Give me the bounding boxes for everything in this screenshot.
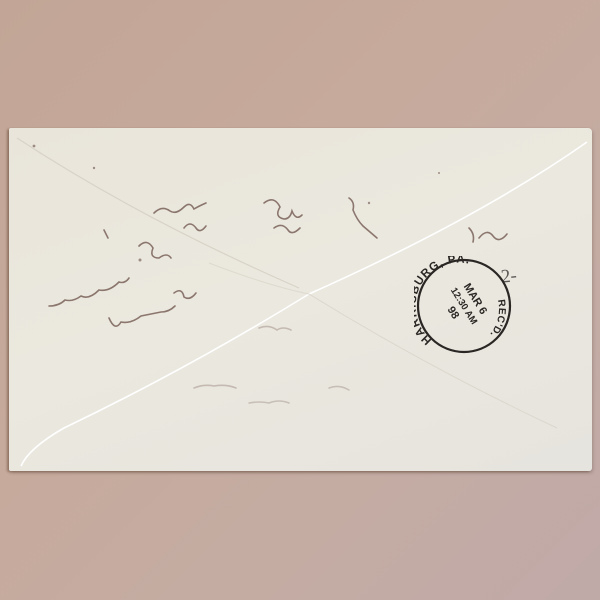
svg-text:REC'D.: REC'D. [487,299,507,339]
postmark-received: HARRISBURG, PA. REC'D. MAR 6 12:30 AM 98 [414,256,514,356]
postmark-type: REC'D. [487,299,507,339]
